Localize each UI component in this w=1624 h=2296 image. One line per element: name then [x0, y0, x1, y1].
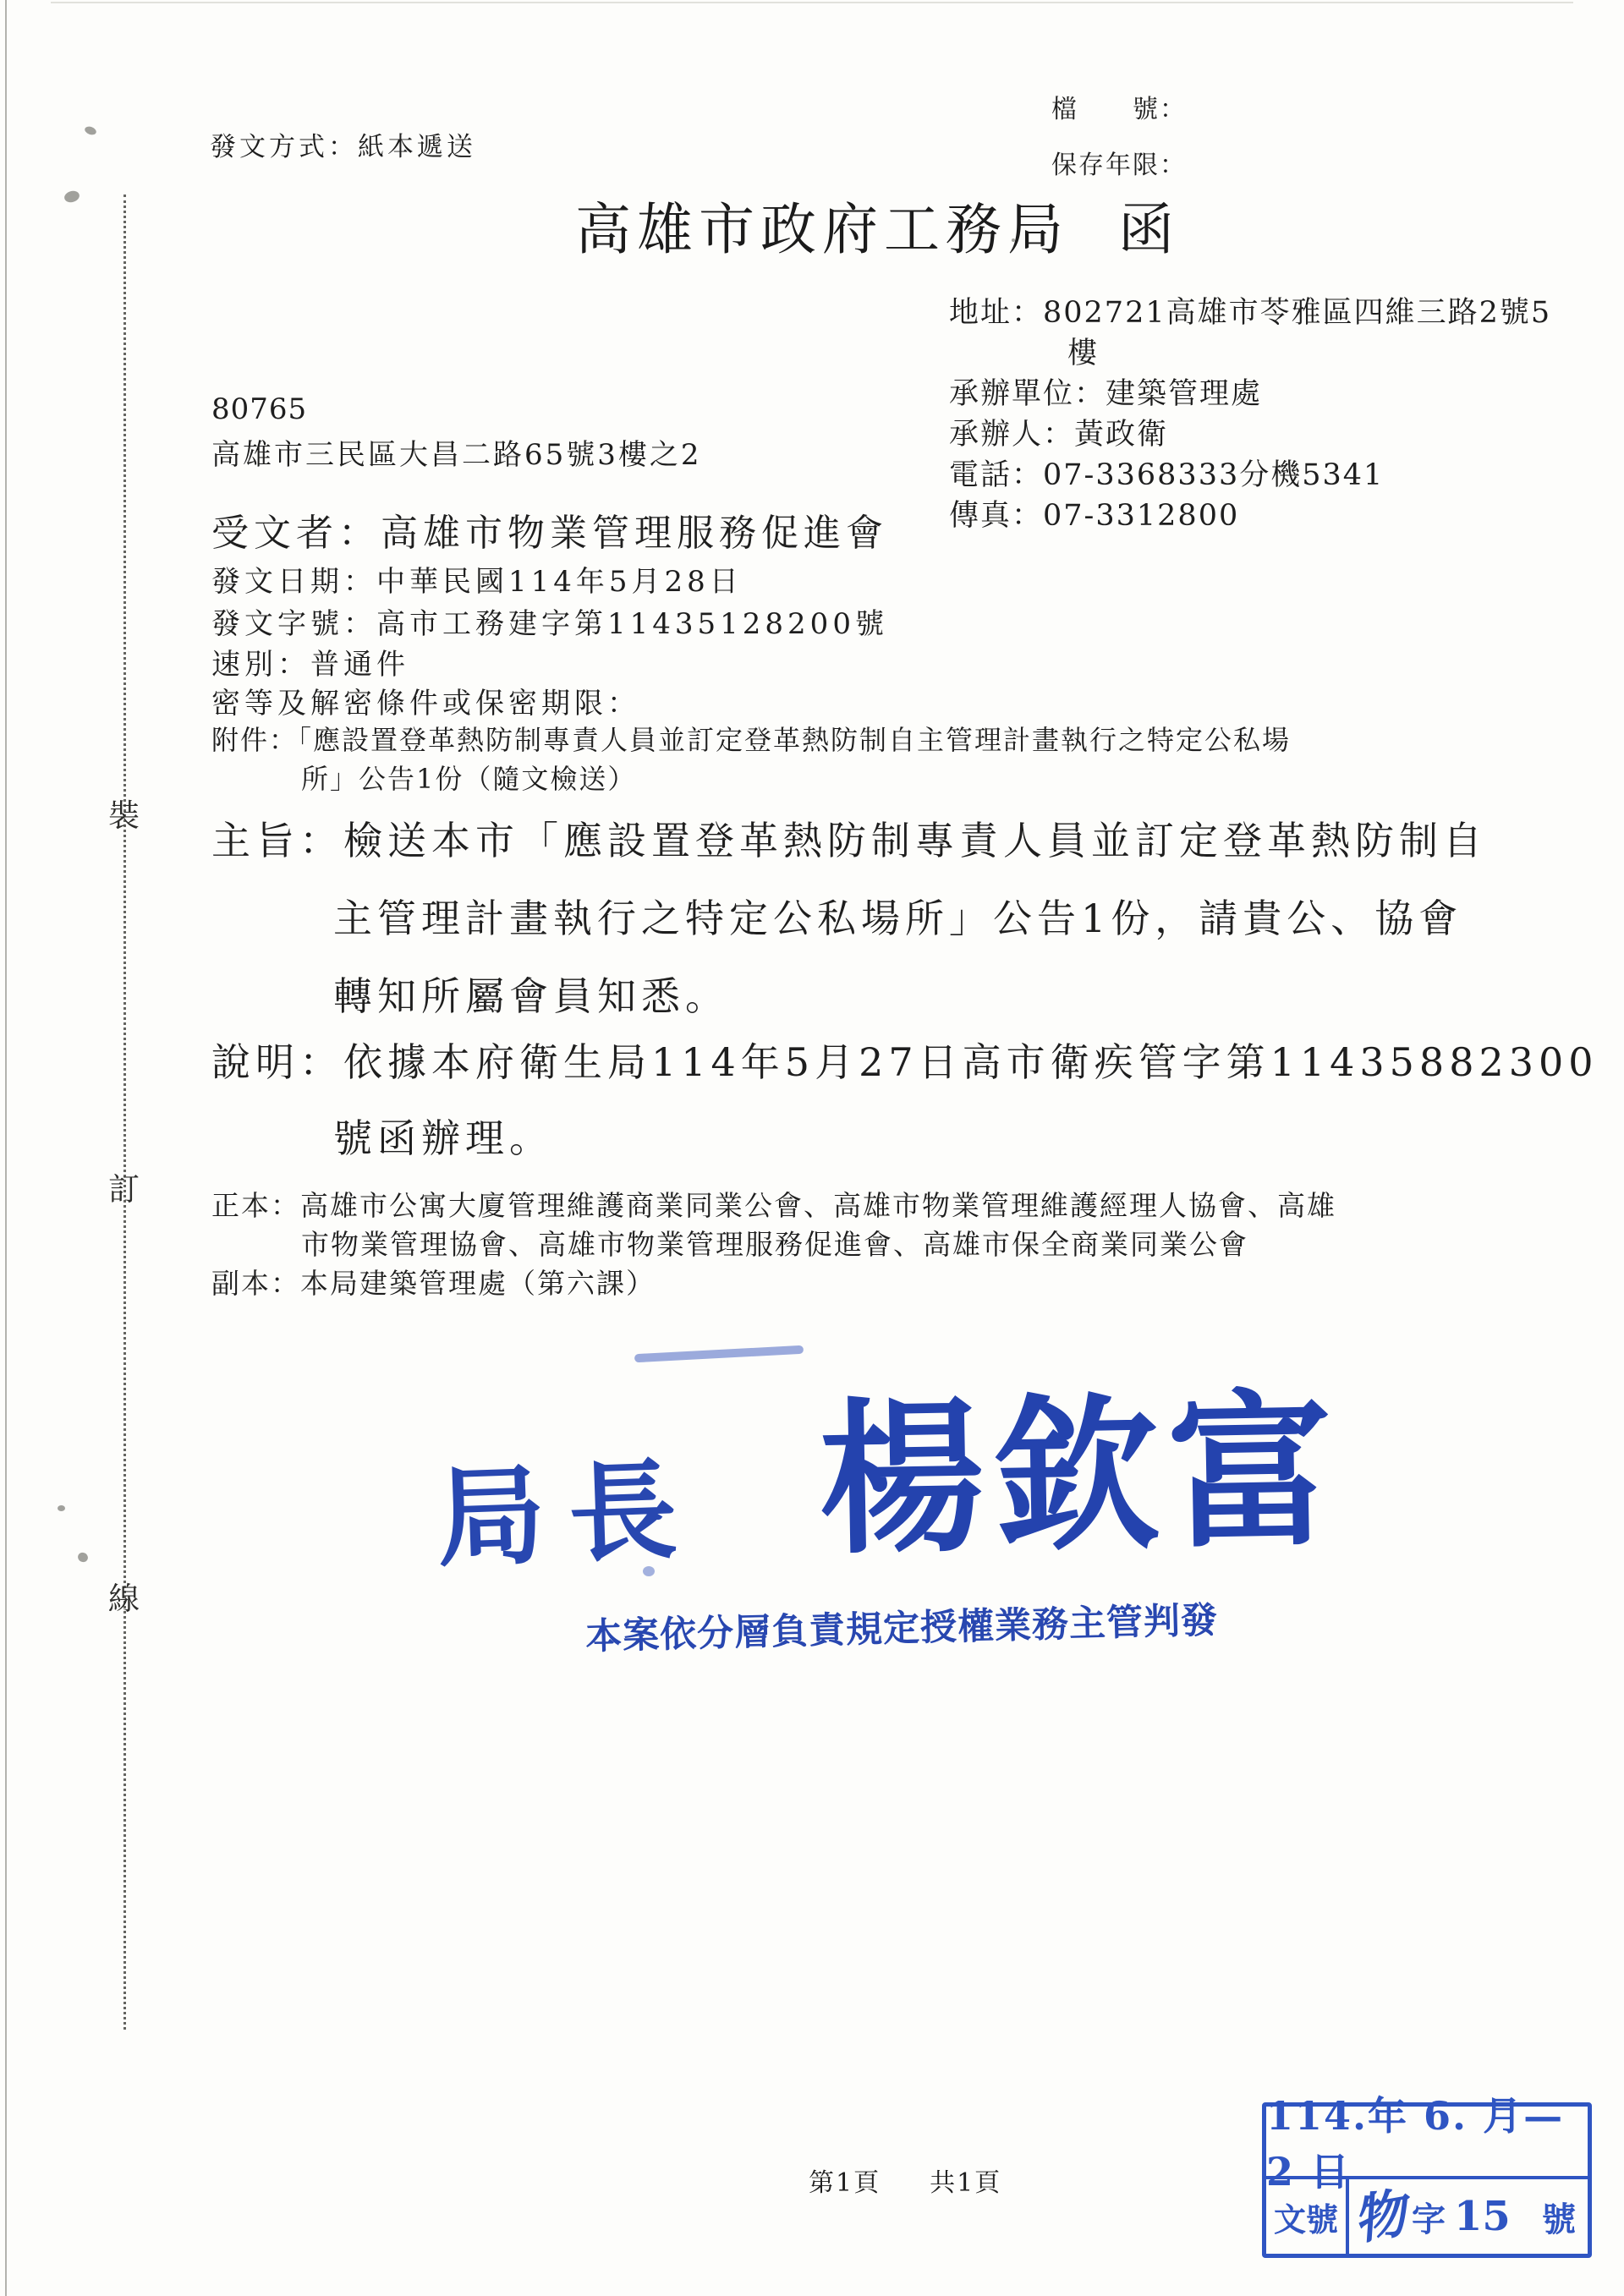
binding-char-zhuang: 裝 — [108, 790, 140, 836]
delegation-note-stamp: 本案依分層負責規定授權業務主管判發 — [584, 1592, 1218, 1660]
scan-edge-left — [5, 0, 7, 2296]
file-number-label: 檔 號： — [1051, 88, 1187, 125]
cc-recipients: 副本：本局建築管理處（第六課） — [211, 1262, 656, 1301]
stamp-ink-smudge — [634, 1345, 804, 1362]
explanation-line2: 號函辦理。 — [333, 1108, 553, 1164]
scan-speck — [76, 1551, 90, 1564]
retention-period-label: 保存年限： — [1051, 144, 1187, 181]
agency-address-line2: 樓 — [1067, 330, 1099, 372]
issuing-agency: 高雄市政府工務局 — [575, 197, 1069, 262]
director-title-stamp: 局長 — [434, 1423, 703, 1588]
total-pages: 共1頁 — [930, 2168, 1001, 2198]
receipt-stamp-docno-label: 文號 — [1266, 2179, 1349, 2254]
delivery-speed: 速別：普通件 — [211, 641, 409, 682]
subject-line3: 轉知所屬會員知悉。 — [333, 966, 729, 1022]
issue-date: 發文日期：中華民國114年5月28日 — [211, 558, 743, 600]
scan-speck — [63, 189, 81, 204]
handling-person: 承辦人：黃政衛 — [949, 411, 1168, 453]
phone-number: 電話：07-3368333分機5341 — [949, 452, 1384, 494]
document-type: 函 — [1118, 197, 1174, 262]
recipient-name: 受文者：高雄市物業管理服務促進會 — [211, 502, 888, 556]
docno-number: 15 — [1454, 2193, 1511, 2240]
official-letter-page: 裝 訂 線 發文方式：紙本遞送 檔 號： 保存年限： 高雄市政府工務局函 地址：… — [0, 0, 1624, 2296]
original-recipients-line1: 正本：高雄市公寓大廈管理維護商業同業公會、高雄市物業管理維護經理人協會、高雄 — [211, 1184, 1336, 1224]
docno-unit: 號 — [1542, 2193, 1576, 2241]
recipient-postal-code: 80765 — [211, 392, 307, 426]
handwritten-category: 物 — [1356, 2185, 1412, 2249]
scan-edge-top — [51, 2, 1573, 3]
security-classification: 密等及解密條件或保密期限： — [211, 680, 640, 721]
receipt-date-stamp: 114.年 6. 月— 2 日 文號 物 字 15 號 — [1262, 2102, 1592, 2258]
binding-char-xian: 線 — [108, 1573, 140, 1619]
agency-address-line1: 地址：802721高雄市苓雅區四維三路2號5 — [949, 289, 1551, 332]
receipt-stamp-date: 114.年 6. 月— 2 日 — [1266, 2107, 1588, 2179]
sending-method: 發文方式：紙本遞送 — [210, 125, 476, 163]
docno-suffix: 字 — [1412, 2193, 1446, 2241]
director-name-stamp: 楊欽富 — [817, 1339, 1344, 1586]
document-number: 發文字號：高市工務建字第11435128200號 — [211, 600, 888, 642]
scan-speck — [84, 125, 97, 136]
handling-unit: 承辦單位：建築管理處 — [949, 370, 1262, 413]
recipient-address: 高雄市三民區大昌二路65號3樓之2 — [211, 431, 702, 473]
attachment-line2: 所」公告1份（隨文檢送） — [301, 758, 636, 797]
document-title: 高雄市政府工務局函 — [575, 184, 1174, 265]
fax-number: 傳真：07-3312800 — [949, 492, 1239, 534]
subject-line2: 主管理計畫執行之特定公私場所」公告1份，請貴公、協會 — [333, 888, 1462, 944]
explanation-line1: 說明：依據本府衛生局114年5月27日高市衛疾管字第11435882300 — [211, 1032, 1599, 1088]
binding-char-ding: 訂 — [108, 1164, 140, 1209]
original-recipients-line2: 市物業管理協會、高雄市物業管理服務促進會、高雄市保全商業同業公會 — [301, 1223, 1248, 1263]
subject-line1: 主旨：檢送本市「應設置登革熱防制專責人員並訂定登革熱防制自 — [211, 810, 1487, 866]
scan-speck — [58, 1505, 65, 1511]
binding-dotted-line — [123, 195, 126, 2030]
attachment-line1: 附件：「應設置登革熱防制專責人員並訂定登革熱防制自主管理計畫執行之特定公私場 — [211, 719, 1291, 758]
current-page: 第1頁 — [809, 2168, 881, 2198]
page-footer: 第1頁共1頁 — [809, 2162, 1001, 2199]
receipt-stamp-docno-row: 文號 物 字 15 號 — [1266, 2179, 1588, 2254]
receipt-stamp-docno-value: 物 字 15 號 — [1349, 2179, 1588, 2254]
